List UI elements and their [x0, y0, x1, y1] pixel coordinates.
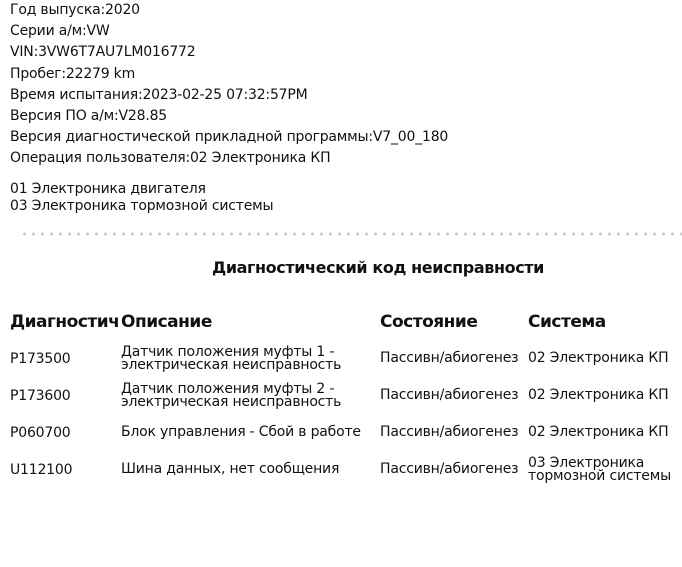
- dtc-system: 02 Электроника КП: [528, 389, 682, 402]
- dtc-system: 03 Электроника тормозной системы: [528, 457, 682, 483]
- dtc-system-text: 02 Электроника КП: [528, 389, 682, 402]
- header-code: Диагностич: [10, 312, 121, 332]
- table-row: P173500 Датчик положения муфты 1 - элект…: [10, 340, 682, 377]
- header-description: Описание: [121, 312, 380, 332]
- dtc-system: 02 Электроника КП: [528, 426, 682, 439]
- module-list: 01 Электроника двигателя 03 Электроника …: [10, 181, 273, 214]
- table-row: P060700 Блок управления - Сбой в работе …: [10, 414, 682, 451]
- test-time: Время испытания:2023-02-25 07:32:57PM: [10, 85, 448, 106]
- dtc-state: Пассивн/абиогенез: [380, 426, 520, 439]
- vehicle-series: Серии а/м:VW: [10, 21, 448, 42]
- table-row: P173600 Датчик положения муфты 2 - элект…: [10, 377, 682, 414]
- header-system: Система: [528, 312, 682, 332]
- dtc-code: P173600: [10, 388, 121, 403]
- software-version: Версия ПО а/м:V28.85: [10, 106, 448, 127]
- dotted-divider: [20, 232, 682, 236]
- vehicle-info: Год выпуска:2020 Серии а/м:VW VIN:3VW6T7…: [10, 0, 448, 170]
- vin: VIN:3VW6T7AU7LM016772: [10, 42, 448, 63]
- dtc-system-text: 02 Электроника КП: [528, 352, 682, 365]
- user-operation: Операция пользователя:02 Электроника КП: [10, 148, 448, 169]
- dtc-system-text: 03 Электроника тормозной системы: [528, 457, 682, 483]
- dtc-state: Пассивн/абиогенез: [380, 352, 520, 365]
- dtc-system: 02 Электроника КП: [528, 352, 682, 365]
- table-header: Диагностич Описание Состояние Система: [10, 310, 682, 334]
- dtc-state: Пассивн/абиогенез: [380, 389, 520, 402]
- mileage: Пробег:22279 km: [10, 64, 448, 85]
- dtc-code: U112100: [10, 462, 121, 477]
- dtc-description: Датчик положения муфты 2 - электрическая…: [121, 383, 380, 409]
- dtc-state: Пассивн/абиогенез: [380, 463, 520, 476]
- module-item: 01 Электроника двигателя: [10, 181, 273, 198]
- table-row: U112100 Шина данных, нет сообщения Пасси…: [10, 451, 682, 488]
- dtc-code: P173500: [10, 351, 121, 366]
- header-state: Состояние: [380, 312, 528, 332]
- diagnostic-app-version: Версия диагностической прикладной програ…: [10, 127, 448, 148]
- section-title: Диагностический код неисправности: [0, 258, 682, 277]
- module-item: 03 Электроника тормозной системы: [10, 198, 273, 215]
- dtc-description: Шина данных, нет сообщения: [121, 463, 380, 476]
- dtc-system-text: 02 Электроника КП: [528, 426, 682, 439]
- model-year: Год выпуска:2020: [10, 0, 448, 21]
- dtc-code: P060700: [10, 425, 121, 440]
- dtc-description: Датчик положения муфты 1 - электрическая…: [121, 346, 380, 372]
- dtc-description: Блок управления - Сбой в работе: [121, 426, 380, 439]
- dtc-table: Диагностич Описание Состояние Система P1…: [10, 310, 682, 488]
